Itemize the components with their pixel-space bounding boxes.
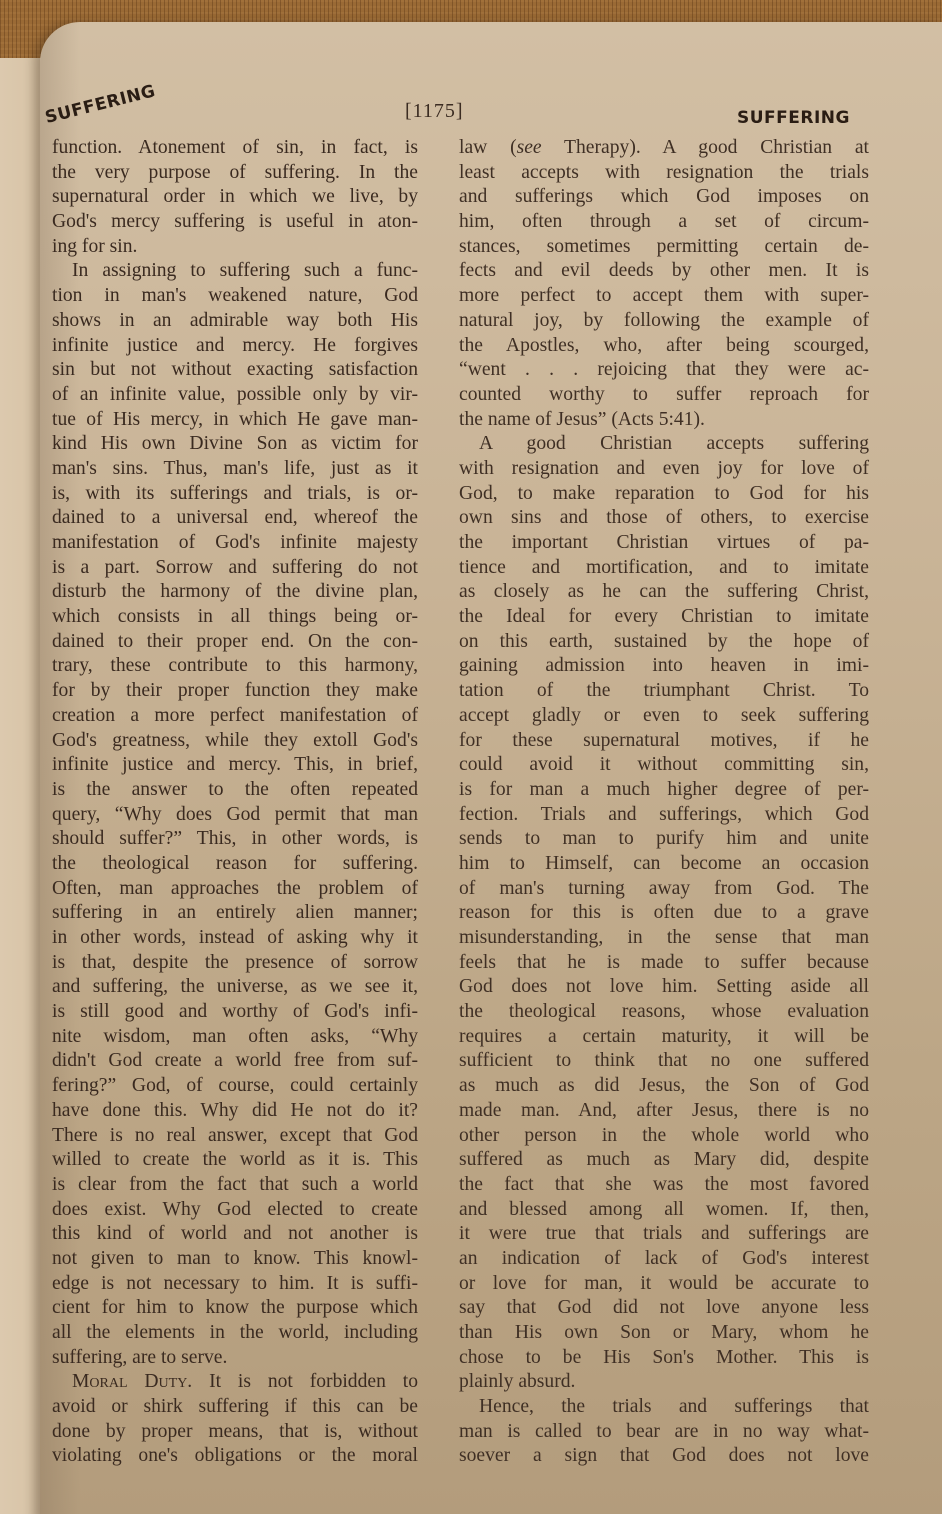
text-line: and sufferings which God imposes on: [459, 185, 869, 210]
text-line: avoid or shirk suffering if this can be: [52, 1395, 418, 1420]
text-line: Moral Duty. It is not forbidden to: [52, 1370, 418, 1395]
text-line: and suffering, the universe, as we see i…: [52, 975, 418, 1000]
text-line: counted worthy to suffer reproach for: [459, 383, 869, 408]
text-line: sufficient to think that no one suffered: [459, 1049, 869, 1074]
text-line: the important Christian virtues of pa-: [459, 531, 869, 556]
text-line: tience and mortification, and to imitate: [459, 556, 869, 581]
text-line: soever a sign that God does not love: [459, 1444, 869, 1469]
text-line: it were true that trials and sufferings …: [459, 1222, 869, 1247]
text-line: tation of the triumphant Christ. To: [459, 679, 869, 704]
text-line: should suffer?” This, in other words, is: [52, 827, 418, 852]
text-line: him, often through a set of circum-: [459, 210, 869, 235]
text-line: is clear from the fact that such a world: [52, 1173, 418, 1198]
text-line: man's sins. Thus, man's life, just as it: [52, 457, 418, 482]
text-line: infinite justice and mercy. This, in bri…: [52, 753, 418, 778]
text-line: with resignation and even joy for love o…: [459, 457, 869, 482]
running-head-right: SUFFERING: [737, 108, 850, 128]
text-line: function. Atonement of sin, in fact, is: [52, 136, 418, 161]
text-line: for by their proper function they make: [52, 679, 418, 704]
text-line: fering?” God, of course, could certainly: [52, 1074, 418, 1099]
text-line: is a part. Sorrow and suffering do not: [52, 556, 418, 581]
text-line: supernatural order in which we live, by: [52, 185, 418, 210]
text-line: made man. And, after Jesus, there is no: [459, 1099, 869, 1124]
text-line: ing for sin.: [52, 235, 418, 260]
text-line: trary, these contribute to this harmony,: [52, 654, 418, 679]
text-line: could avoid it without committing sin,: [459, 753, 869, 778]
cross-reference-see: see: [517, 137, 542, 158]
text-line: as closely as he can the suffering Chris…: [459, 580, 869, 605]
text-line: reason for this is often due to a grave: [459, 901, 869, 926]
text-line: not given to man to know. This knowl-: [52, 1247, 418, 1272]
text-line: the name of Jesus” (Acts 5:41).: [459, 408, 869, 433]
text-line: least accepts with resignation the trial…: [459, 161, 869, 186]
text-line: suffering, are to serve.: [52, 1346, 418, 1371]
text-line: does exist. Why God elected to create: [52, 1198, 418, 1223]
text-span: law (: [459, 137, 517, 158]
text-line: dained to their proper end. On the con-: [52, 630, 418, 655]
text-line: feels that he is made to suffer because: [459, 951, 869, 976]
text-line: an indication of lack of God's interest: [459, 1247, 869, 1272]
text-line: disturb the harmony of the divine plan,: [52, 580, 418, 605]
text-line: “went . . . rejoicing that they were ac-: [459, 358, 869, 383]
text-line: the theological reason for suffering.: [52, 852, 418, 877]
text-line: sends to man to purify him and unite: [459, 827, 869, 852]
text-line: dained to a universal end, whereof the: [52, 506, 418, 531]
text-line: is for man a much higher degree of per-: [459, 778, 869, 803]
text-line: There is no real answer, except that God: [52, 1124, 418, 1149]
text-line: this kind of world and not another is: [52, 1222, 418, 1247]
text-line: own sins and those of others, to exercis…: [459, 506, 869, 531]
text-line: as much as did Jesus, the Son of God: [459, 1074, 869, 1099]
text-line: say that God did not love anyone less: [459, 1296, 869, 1321]
text-line: tue of His mercy, in which He gave man-: [52, 408, 418, 433]
right-column: law (see Therapy). A good Christian at l…: [459, 136, 869, 1469]
text-line: chose to be His Son's Mother. This is: [459, 1346, 869, 1371]
text-line: on this earth, sustained by the hope of: [459, 630, 869, 655]
section-heading-moral-duty: Moral Duty.: [72, 1371, 192, 1392]
text-line: tion in man's weakened nature, God: [52, 284, 418, 309]
left-column: function. Atonement of sin, in fact, is …: [52, 136, 418, 1469]
text-line: and blessed among all women. If, then,: [459, 1198, 869, 1223]
text-line: fects and evil deeds by other men. It is: [459, 259, 869, 284]
text-line: In assigning to suffering such a func-: [52, 259, 418, 284]
text-span: It is not forbidden to: [192, 1371, 418, 1392]
text-line: God, to make reparation to God for his: [459, 482, 869, 507]
text-line: the Ideal for every Christian to imitate: [459, 605, 869, 630]
text-line: willed to create the world as it is. Thi…: [52, 1148, 418, 1173]
text-line: have done this. Why did He not do it?: [52, 1099, 418, 1124]
text-line: gaining admission into heaven in imi-: [459, 654, 869, 679]
text-line: Often, man approaches the problem of: [52, 877, 418, 902]
text-line: manifestation of God's infinite majesty: [52, 531, 418, 556]
text-line: the theological reasons, whose evaluatio…: [459, 1000, 869, 1025]
text-line: man is called to bear are in no way what…: [459, 1420, 869, 1445]
text-span: Therapy). A good Christian at: [542, 137, 869, 158]
text-line: the very purpose of suffering. In the: [52, 161, 418, 186]
text-line: all the elements in the world, including: [52, 1321, 418, 1346]
text-line: A good Christian accepts suffering: [459, 432, 869, 457]
text-line: plainly absurd.: [459, 1370, 869, 1395]
text-line: in other words, instead of asking why it: [52, 926, 418, 951]
text-line: is the answer to the often repeated: [52, 778, 418, 803]
text-line: query, “Why does God permit that man: [52, 803, 418, 828]
text-line: God's mercy suffering is useful in aton-: [52, 210, 418, 235]
text-line: the fact that she was the most favored: [459, 1173, 869, 1198]
text-line: God does not love him. Setting aside all: [459, 975, 869, 1000]
text-line: creation a more perfect manifestation of: [52, 704, 418, 729]
text-line: is still good and worthy of God's infi-: [52, 1000, 418, 1025]
text-line: God's greatness, while they extoll God's: [52, 729, 418, 754]
text-line: fection. Trials and sufferings, which Go…: [459, 803, 869, 828]
text-line: stances, sometimes permitting certain de…: [459, 235, 869, 260]
text-line: accept gladly or even to seek suffering: [459, 704, 869, 729]
text-line: misunderstanding, in the sense that man: [459, 926, 869, 951]
text-line: for these supernatural motives, if he: [459, 729, 869, 754]
text-line: is, with its sufferings and trials, is o…: [52, 482, 418, 507]
text-line: than His own Son or Mary, whom he: [459, 1321, 869, 1346]
text-line: kind His own Divine Son as victim for: [52, 432, 418, 457]
text-line: more perfect to accept them with super-: [459, 284, 869, 309]
text-line: or love for man, it would be accurate to: [459, 1272, 869, 1297]
text-line: edge is not necessary to him. It is suff…: [52, 1272, 418, 1297]
page-number: [1175]: [405, 100, 464, 123]
text-line: of an infinite value, possible only by v…: [52, 383, 418, 408]
text-line: which consists in all things being or-: [52, 605, 418, 630]
text-line: natural joy, by following the example of: [459, 309, 869, 334]
text-line: other person in the whole world who: [459, 1124, 869, 1149]
text-line: suffering in an entirely alien manner;: [52, 901, 418, 926]
text-line: nite wisdom, man often asks, “Why: [52, 1025, 418, 1050]
text-line: is that, despite the presence of sorrow: [52, 951, 418, 976]
text-line: cient for him to know the purpose which: [52, 1296, 418, 1321]
text-line: him to Himself, can become an occasion: [459, 852, 869, 877]
text-line: the Apostles, who, after being scourged,: [459, 334, 869, 359]
text-line: violating one's obligations or the moral: [52, 1444, 418, 1469]
text-line: didn't God create a world free from suf-: [52, 1049, 418, 1074]
text-line: shows in an admirable way both His: [52, 309, 418, 334]
text-line: suffered as much as Mary did, despite: [459, 1148, 869, 1173]
text-line: Hence, the trials and sufferings that: [459, 1395, 869, 1420]
text-line: law (see Therapy). A good Christian at: [459, 136, 869, 161]
text-line: infinite justice and mercy. He forgives: [52, 334, 418, 359]
text-line: done by proper means, that is, without: [52, 1420, 418, 1445]
text-line: requires a certain maturity, it will be: [459, 1025, 869, 1050]
text-line: sin but not without exacting satisfactio…: [52, 358, 418, 383]
text-line: of man's turning away from God. The: [459, 877, 869, 902]
